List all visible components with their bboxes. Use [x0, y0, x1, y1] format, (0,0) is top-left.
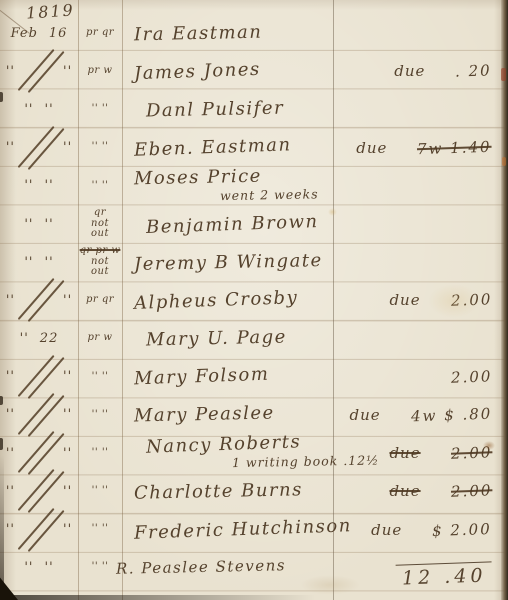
date-ditto-left: ''	[6, 407, 15, 422]
date-cell: '' ''	[0, 560, 78, 575]
date-ditto-right: ''	[63, 484, 72, 499]
ledger-page: 1819 Feb 16 pr qr Ira Eastman '' '' pr w…	[0, 0, 508, 600]
date-cell: '' ''	[0, 434, 78, 472]
date-ditto-left: ''	[6, 140, 15, 155]
date-cell: Feb 16	[0, 26, 78, 41]
name-cell: R. Peaslee Stevens	[116, 558, 327, 577]
name-cell: Mary Peaslee	[122, 405, 345, 424]
date-cell: '' ''	[0, 129, 78, 167]
name-cell: Mary U. Page	[122, 329, 357, 348]
name-cell: Frederic Hutchinson	[122, 520, 345, 539]
name-cell: Danl Pulsifer	[122, 100, 357, 119]
date-cell: '' ''	[0, 255, 78, 270]
amount-cell: due . 20	[345, 62, 508, 80]
paid-slash-marks	[26, 511, 52, 549]
date-ditto-right: 22	[40, 331, 59, 346]
due-label: due	[394, 62, 425, 80]
date-ditto-right: ''	[63, 64, 72, 79]
ledger-row: '' 22 pr w Mary U. Page	[0, 320, 508, 358]
date-ditto-left: ''	[6, 484, 15, 499]
paper-stain	[328, 208, 337, 216]
edge-ink-mark	[502, 157, 506, 166]
date-cell: '' ''	[0, 102, 78, 117]
ledger-row: '' '' '' '' Danl Pulsifer	[0, 90, 508, 128]
student-name: Jeremy B Wingate	[134, 251, 323, 274]
name-cell: Benjamin Brown	[122, 215, 357, 234]
date-ditto-left: ''	[24, 102, 33, 117]
paid-slash-marks	[26, 358, 52, 396]
due-label: due	[389, 482, 420, 500]
rate-cell: '' ''	[78, 142, 122, 153]
paper-stain	[300, 575, 360, 595]
rate-cell: '' ''	[78, 372, 122, 383]
date-ditto-right: ''	[63, 446, 72, 461]
student-name: Frederic Hutchinson	[134, 516, 352, 543]
due-label: due	[350, 406, 381, 424]
paid-slash-marks	[26, 52, 52, 90]
paper-stain	[428, 284, 480, 318]
date-ditto-left: ''	[6, 293, 15, 308]
ledger-row: '' '' '' '' Mary Peaslee due 4w $ .80	[0, 396, 508, 434]
student-name: Danl Pulsifer	[146, 99, 284, 121]
name-cell: Charlotte Burns	[122, 482, 345, 501]
amount-value: 12 .40	[395, 562, 492, 590]
edge-ink-mark	[501, 68, 506, 81]
edge-mark	[0, 396, 3, 405]
student-name: Charlotte Burns	[134, 480, 303, 503]
date-cell: '' ''	[0, 358, 78, 396]
ledger-row: '' '' '' '' Charlotte Burns due 2.00	[0, 472, 508, 510]
date-ditto-left: ''	[24, 560, 33, 575]
date-ditto-right: ''	[45, 178, 54, 193]
date-ditto-right: ''	[45, 560, 54, 575]
date-ditto-right: 16	[49, 26, 68, 41]
edge-mark	[0, 92, 3, 102]
page-edge-bottom	[0, 595, 315, 600]
date-ditto-right: ''	[63, 369, 72, 384]
date-ditto-right: ''	[45, 217, 54, 232]
name-cell: Nancy Roberts 1 writing book .12½	[122, 435, 357, 471]
ledger-row: '' '' '' '' R. Peaslee Stevens 12 .40	[0, 549, 508, 587]
rate-cell: '' ''	[78, 104, 122, 115]
paid-slash-marks	[26, 396, 52, 434]
due-label: due	[356, 139, 387, 157]
paid-slash-marks	[26, 281, 52, 319]
ledger-row: '' '' qrnotout Benjamin Brown	[0, 205, 508, 243]
student-name: Mary Folsom	[134, 365, 270, 389]
amount-value: 4w $ .80	[410, 405, 492, 426]
due-label: due	[371, 521, 402, 539]
rate-cell: qr pr wnotout	[78, 246, 122, 278]
rate-cell: '' ''	[78, 181, 122, 192]
date-ditto-right: ''	[45, 102, 54, 117]
date-cell: '' ''	[0, 281, 78, 319]
note-annotation: 1 writing book .12½	[232, 451, 357, 472]
student-name: R. Peaslee Stevens	[116, 556, 286, 579]
amount-cell: due 2.00	[345, 482, 508, 500]
amount-cell: 2.00	[345, 368, 508, 386]
paid-slash-marks	[26, 129, 52, 167]
ledger-row: '' '' qr pr wnotout Jeremy B Wingate	[0, 243, 508, 281]
student-name: Mary Peaslee	[134, 404, 275, 426]
due-label: due	[389, 444, 420, 462]
date-ditto-left: ''	[6, 369, 15, 384]
date-ditto-left: ''	[20, 331, 29, 346]
date-ditto-left: ''	[24, 255, 33, 270]
name-cell: Moses Price went 2 weeks	[122, 168, 345, 204]
ledger-row: '' '' '' '' Moses Price went 2 weeks	[0, 167, 508, 205]
paper-stain	[483, 441, 495, 450]
date-cell: '' 22	[0, 331, 78, 346]
date-cell: '' ''	[0, 52, 78, 90]
name-cell: Mary Folsom	[122, 367, 345, 386]
rate-cell: '' ''	[78, 410, 122, 421]
rate-cell: pr w	[78, 333, 122, 344]
ledger-row: '' '' '' '' Nancy Roberts 1 writing book…	[0, 434, 508, 472]
amount-value: . 20	[455, 62, 492, 81]
date-cell: '' ''	[0, 396, 78, 434]
binding-shadow	[0, 455, 4, 600]
amount-cell: due 4w $ .80	[345, 406, 508, 424]
amount-value: 2.00	[450, 367, 492, 386]
student-name: Eben. Eastman	[134, 135, 292, 159]
date-ditto-right: ''	[45, 255, 54, 270]
amount-cell: due $ 2.00	[345, 521, 508, 539]
rate-cell: qrnotout	[78, 208, 122, 240]
date-ditto-left: ''	[24, 178, 33, 193]
ledger-row: Feb 16 pr qr Ira Eastman	[0, 14, 508, 52]
date-cell: '' ''	[0, 217, 78, 232]
name-cell: Ira Eastman	[122, 24, 345, 43]
name-cell: Eben. Eastman	[122, 138, 345, 157]
name-cell: Jeremy B Wingate	[122, 253, 345, 272]
page-edge-right	[501, 0, 508, 600]
student-name: James Jones	[134, 60, 261, 83]
paid-slash-marks	[26, 434, 52, 472]
ledger-row: '' '' '' '' Mary Folsom 2.00	[0, 358, 508, 396]
rate-cell: '' ''	[78, 448, 122, 459]
ledger-row: '' '' '' '' Eben. Eastman due 7w 1.40	[0, 129, 508, 167]
student-name: Benjamin Brown	[146, 212, 319, 237]
edge-mark	[0, 438, 3, 450]
amount-value: 7w 1.40	[417, 137, 492, 158]
student-name: Alpheus Crosby	[134, 288, 299, 313]
rate-cell: pr w	[78, 66, 122, 77]
ledger-row: '' '' pr w James Jones due . 20	[0, 52, 508, 90]
date-ditto-left: ''	[6, 64, 15, 79]
date-ditto-left: ''	[6, 446, 15, 461]
amount-value: $ 2.00	[432, 519, 492, 539]
rate-cell: '' ''	[78, 486, 122, 497]
ledger-row: '' '' '' '' Frederic Hutchinson due $ 2.…	[0, 510, 508, 548]
date-ditto-right: ''	[63, 407, 72, 422]
name-cell: Alpheus Crosby	[122, 291, 345, 310]
due-label: due	[389, 291, 420, 309]
date-ditto-left: ''	[6, 522, 15, 537]
date-ditto-right: ''	[63, 293, 72, 308]
date-cell: '' ''	[0, 511, 78, 549]
amount-cell: due 7w 1.40	[345, 139, 508, 157]
rate-cell: '' ''	[78, 524, 122, 535]
date-ditto-left: ''	[24, 217, 33, 232]
paid-slash-marks	[26, 472, 52, 510]
student-name: Mary U. Page	[146, 328, 287, 350]
date-cell: '' ''	[0, 472, 78, 510]
date-ditto-right: ''	[63, 522, 72, 537]
amount-cell: due 2.00	[345, 291, 508, 309]
amount-value: 2.00	[450, 482, 492, 501]
rate-cell: pr qr	[78, 295, 122, 306]
rate-cell: pr qr	[78, 28, 122, 39]
note-annotation: went 2 weeks	[220, 184, 345, 205]
date-cell: '' ''	[0, 178, 78, 193]
date-ditto-right: ''	[63, 140, 72, 155]
student-name: Ira Eastman	[134, 22, 263, 44]
name-cell: James Jones	[122, 62, 345, 81]
